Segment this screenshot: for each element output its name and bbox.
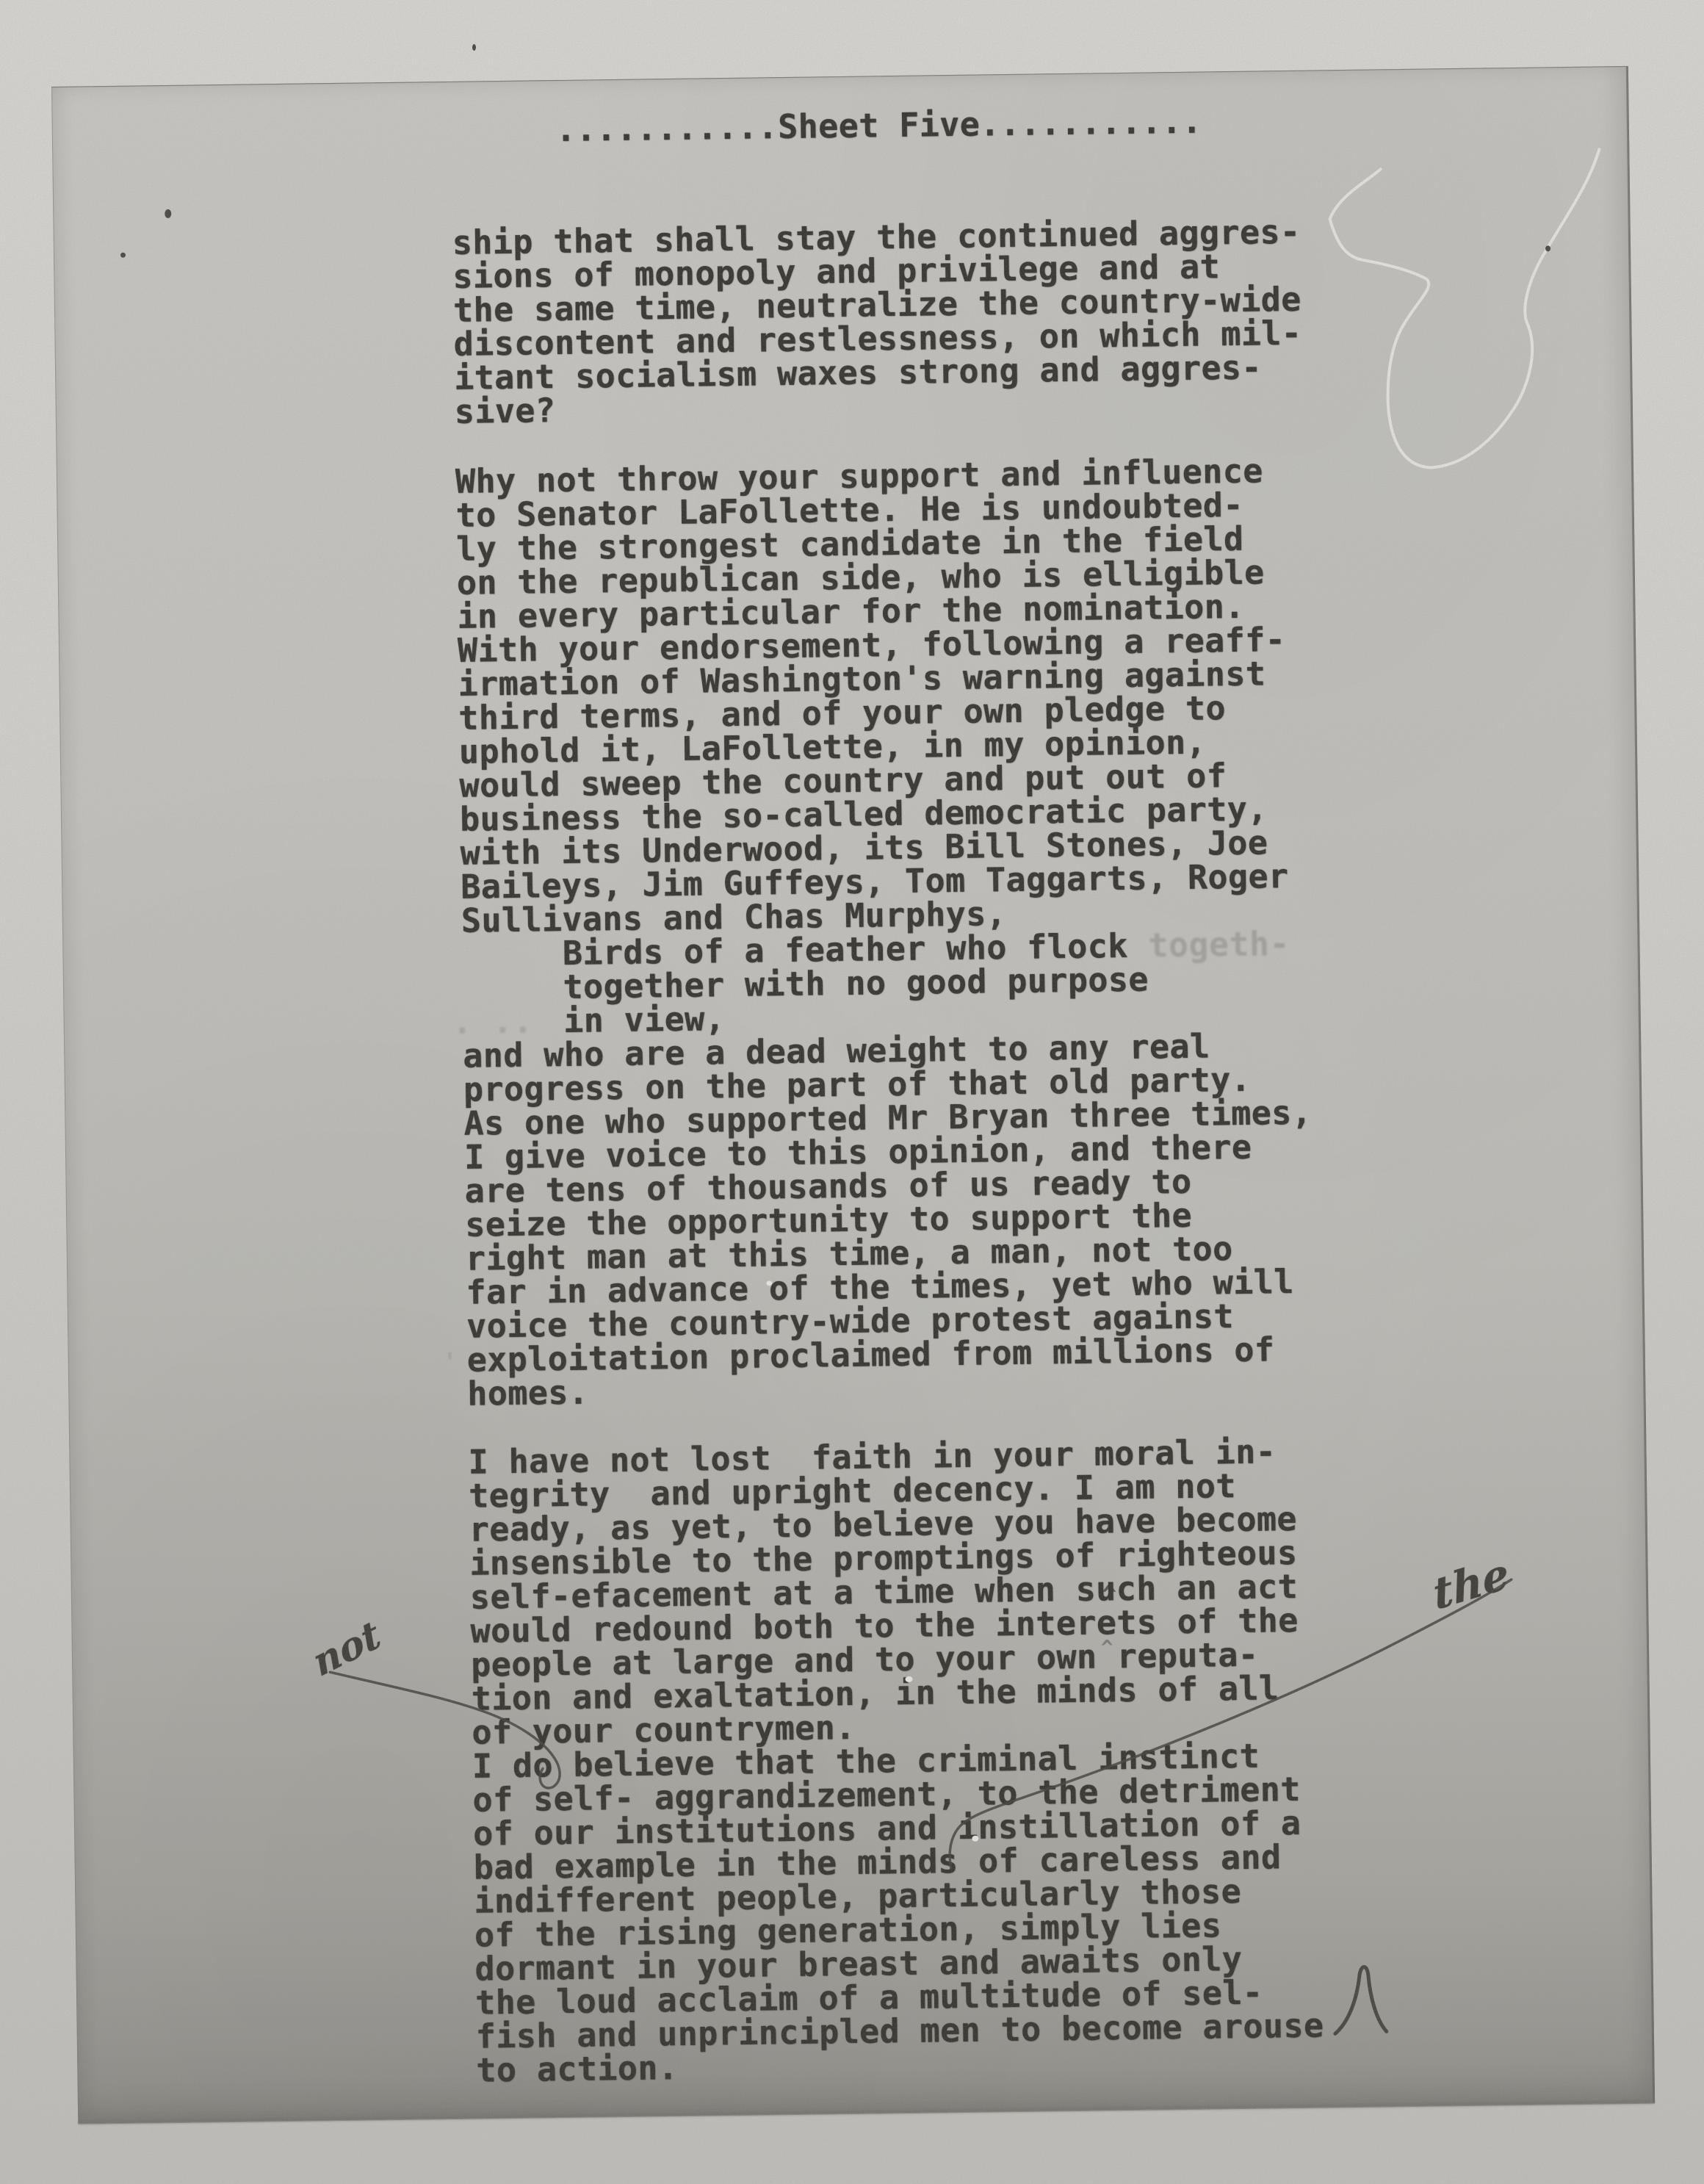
typed-line: to action. bbox=[476, 2043, 1324, 2088]
aroused-flourish bbox=[1335, 1967, 1387, 2033]
page-header: ...........Sheet Five........... bbox=[556, 105, 1202, 148]
erased-text-before-in-view: . .. bbox=[452, 1005, 533, 1039]
dust-speck bbox=[120, 253, 126, 258]
white-fleck bbox=[905, 1676, 912, 1682]
handwritten-the-insertion: the bbox=[1430, 1548, 1512, 1620]
dust-speck bbox=[1545, 245, 1550, 251]
white-fiber bbox=[1329, 149, 1603, 469]
paper-bottom-edge bbox=[79, 2100, 1654, 2124]
paper-sheet: ...........Sheet Five........... ship th… bbox=[51, 66, 1655, 2124]
closing-paragraph: I have not lost faith in your moral in-t… bbox=[468, 1435, 1324, 2088]
opening-paragraph: ship that shall stay the continued aggre… bbox=[452, 215, 1303, 429]
caret-above-interets: ^ bbox=[1102, 1582, 1117, 1607]
dust-speck bbox=[165, 209, 171, 218]
paper-right-edge bbox=[1626, 67, 1655, 2103]
background-speck bbox=[472, 44, 476, 51]
erased-text-after-flock: togeth- bbox=[1148, 927, 1290, 963]
scanned-document-screenshot: { "document": { "header": "...........Sh… bbox=[0, 0, 1704, 2184]
white-fleck bbox=[972, 1836, 978, 1842]
faint-mark-before-exploitation: ' bbox=[441, 1347, 458, 1380]
handwritten-not-insertion: not bbox=[307, 1612, 386, 1686]
caret-below-interets: ^ bbox=[1101, 1635, 1113, 1660]
